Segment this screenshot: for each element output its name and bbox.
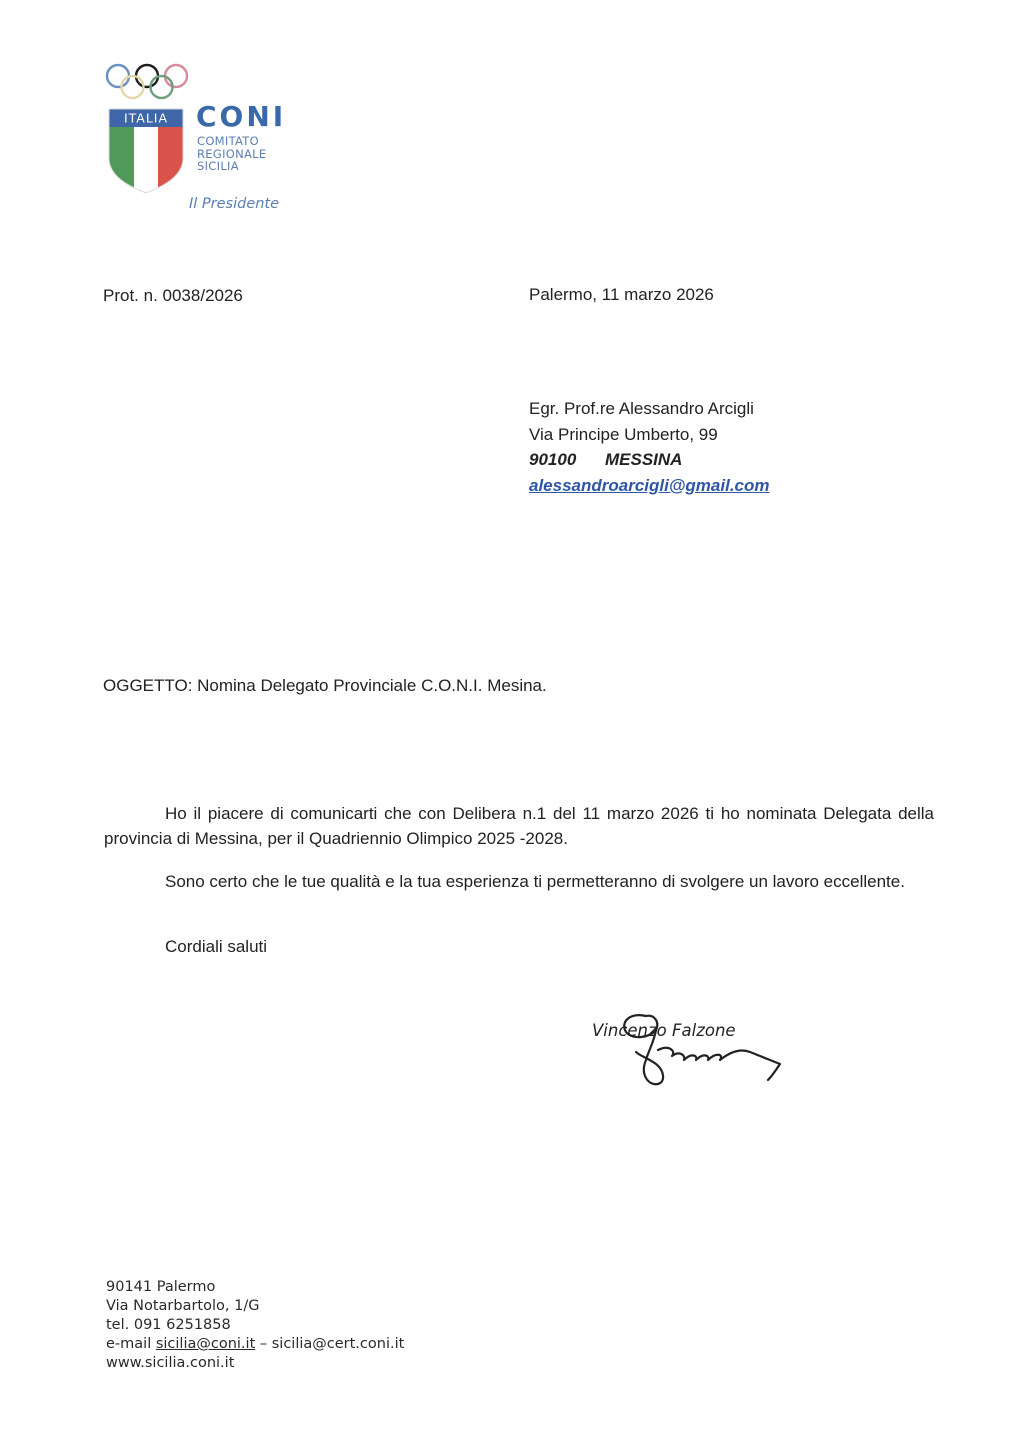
body-paragraph: Ho il piacere di comunicarti che con Del… [104,801,934,851]
office-title: Il Presidente [189,196,279,212]
recipient-city: MESSINA [605,450,682,469]
footer-email-prefix: e-mail [106,1336,156,1352]
subject-line: OGGETTO: Nomina Delegato Provinciale C.O… [103,676,547,696]
coni-subtitle: COMITATO REGIONALE SICILIA [197,135,266,173]
coni-brand: CONI [196,100,286,134]
recipient-zip: 90100 [529,447,605,473]
recipient-street: Via Principe Umberto, 99 [529,422,770,448]
footer-contact: 90141 Palermo Via Notarbartolo, 1/G tel.… [106,1278,404,1373]
footer-address-line1: 90141 Palermo [106,1278,404,1297]
footer-website-link[interactable]: www.sicilia.coni.it [106,1354,404,1373]
subtitle-line: SICILIA [197,160,266,173]
place-date: Palermo, 11 marzo 2026 [529,285,714,305]
footer-email-link[interactable]: sicilia@coni.it [156,1336,255,1352]
subtitle-line: COMITATO [197,135,266,148]
recipient-name: Egr. Prof.re Alessandro Arcigli [529,396,770,422]
protocol-number: Prot. n. 0038/2026 [103,286,243,306]
footer-email-separator: – [255,1336,271,1352]
footer-email-line: e-mail sicilia@coni.it – sicilia@cert.co… [106,1335,404,1354]
olympic-rings-icon [104,63,190,101]
footer-address-line2: Via Notarbartolo, 1/G [106,1297,404,1316]
recipient-address: Egr. Prof.re Alessandro Arcigli Via Prin… [529,396,770,498]
body-paragraph: Sono certo che le tue qualità e la tua e… [104,869,934,895]
recipient-city-line: 90100MESSINA [529,447,770,473]
footer-pec-email[interactable]: sicilia@cert.coni.it [272,1336,405,1352]
closing-salutation: Cordiali saluti [165,937,267,957]
italia-shield-logo: ITALIA [108,108,184,194]
handwritten-signature [600,1008,790,1093]
shield-label: ITALIA [124,111,168,126]
footer-phone: tel. 091 6251858 [106,1316,404,1335]
recipient-email-link[interactable]: alessandroarcigli@gmail.com [529,476,770,495]
